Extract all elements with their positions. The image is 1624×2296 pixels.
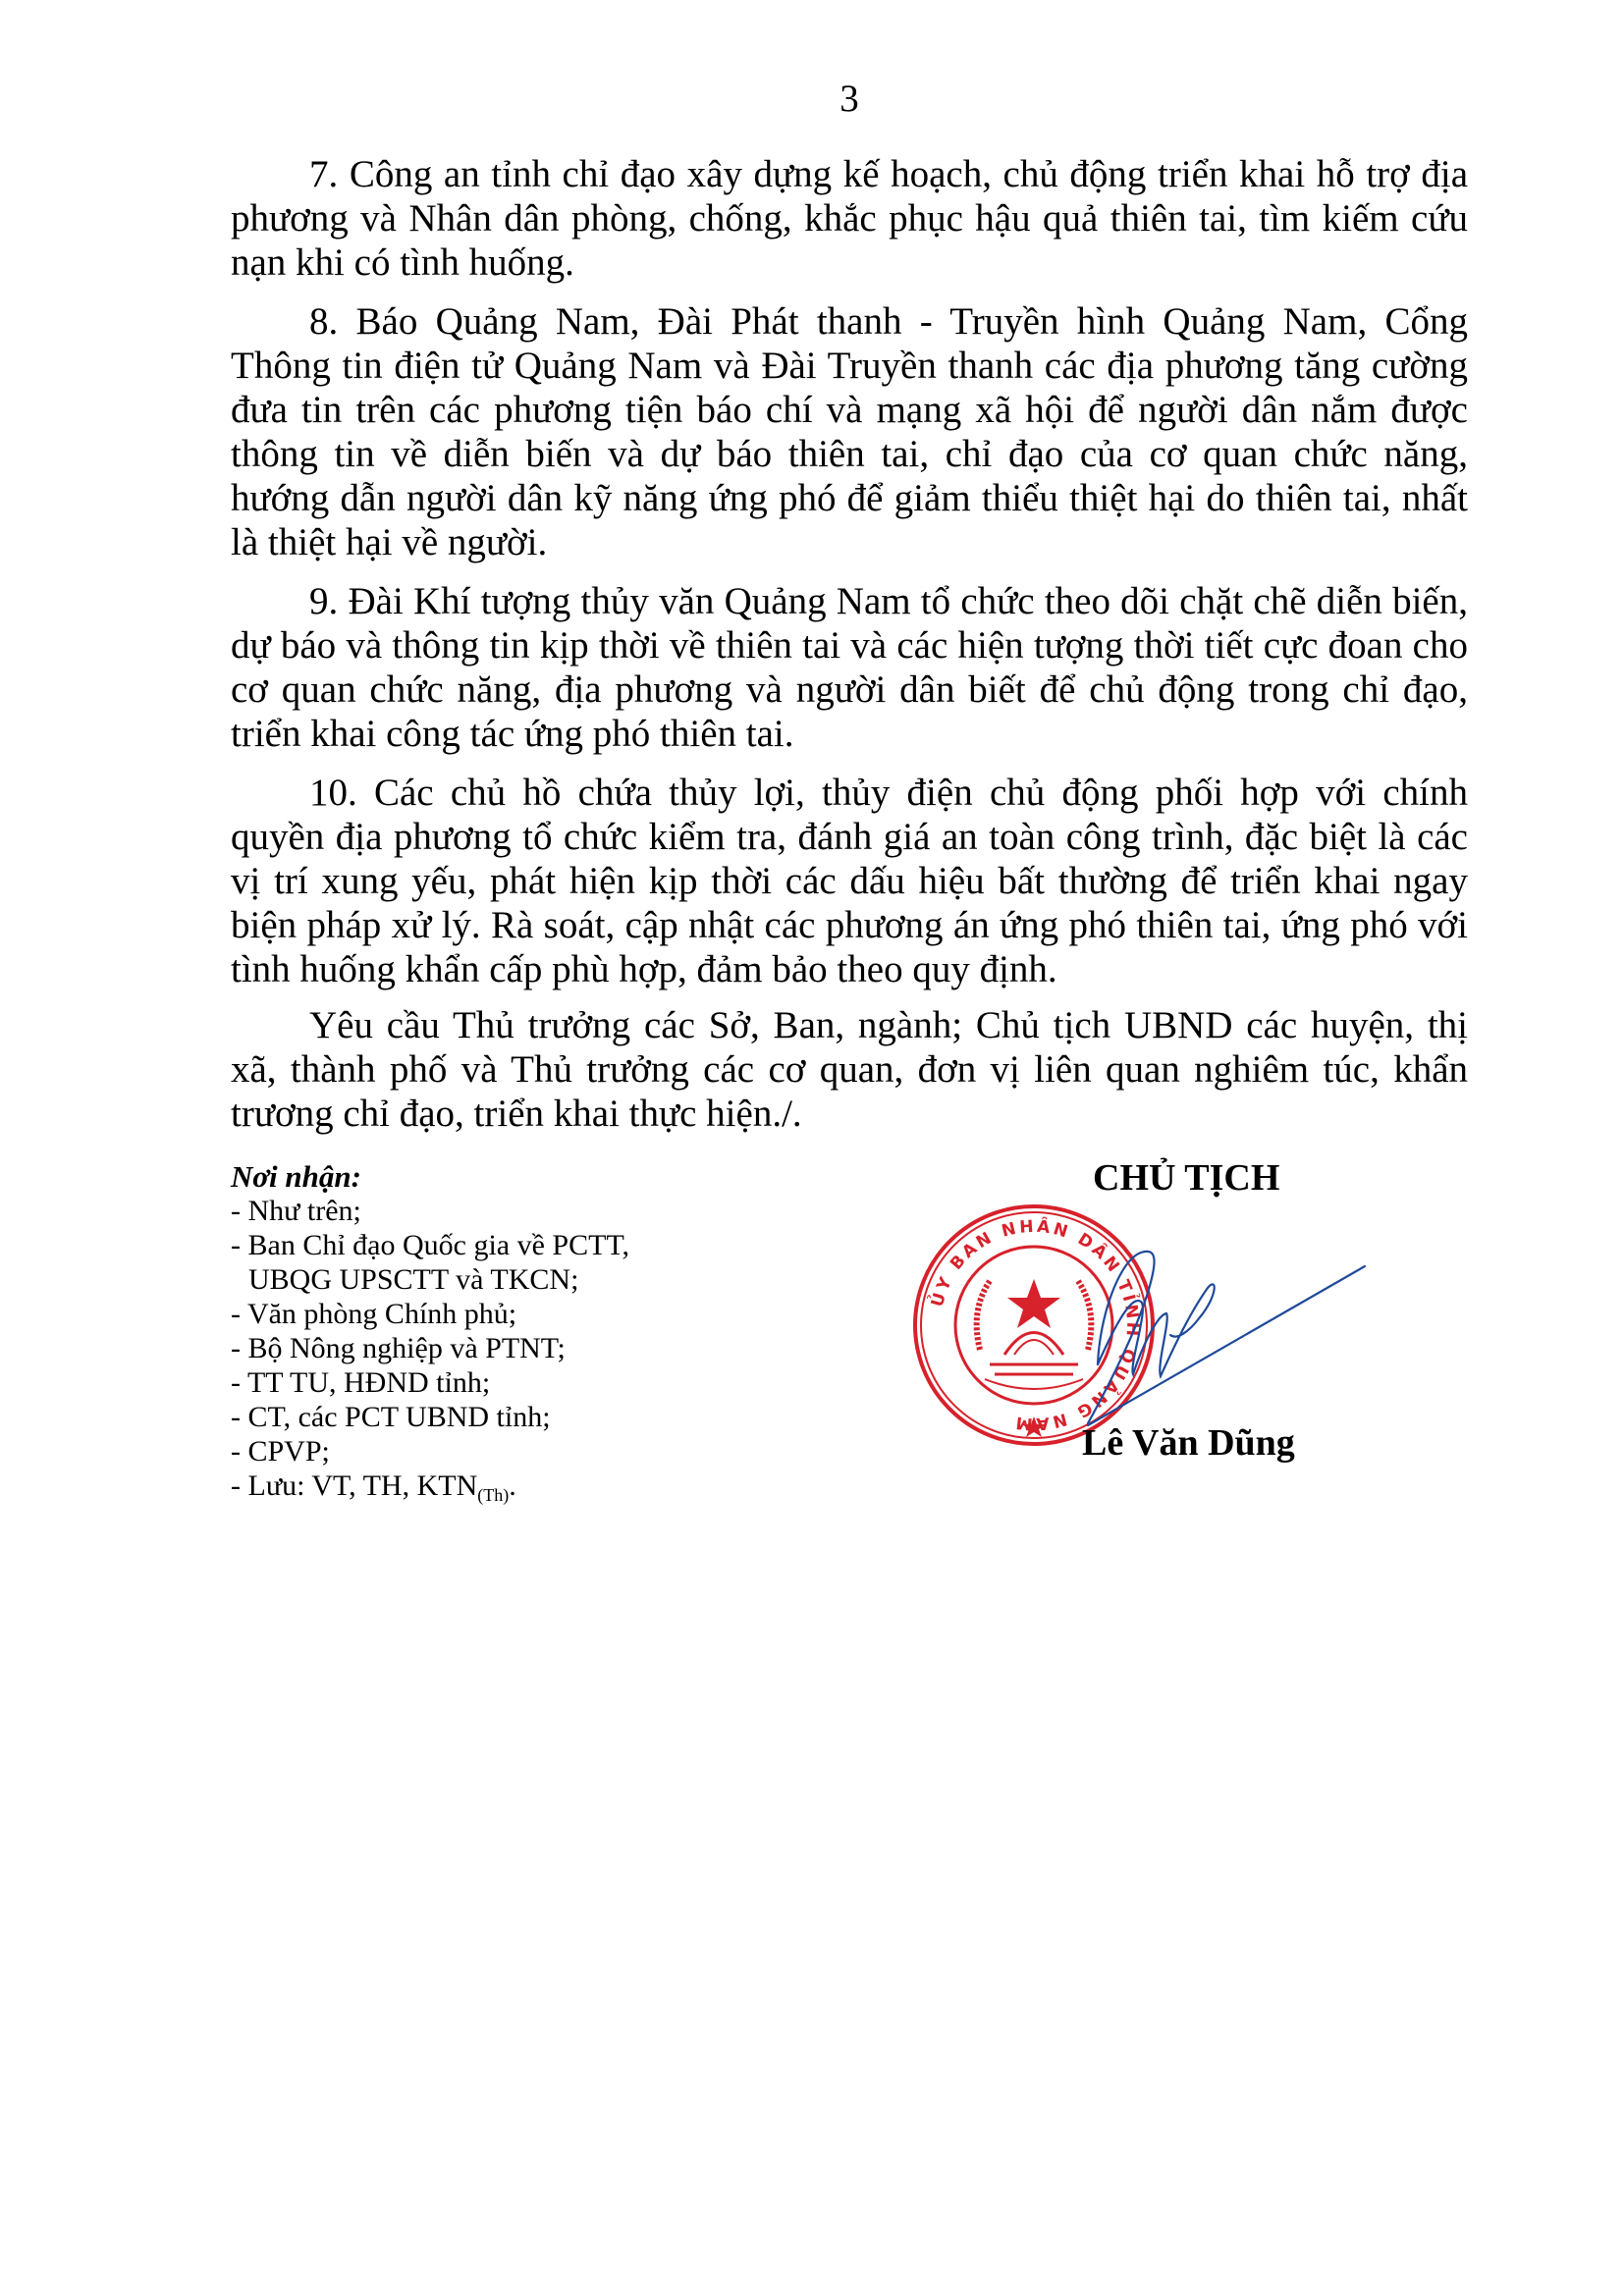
recipient-item-continuation: UBQG UPSCTT và TKCN; [231, 1262, 741, 1297]
archive-text: - Lưu: VT, TH, KTN [231, 1469, 477, 1502]
document-body: 7. Công an tỉnh chỉ đạo xây dựng kế hoạc… [231, 152, 1468, 1150]
signer-name: Lê Văn Dũng [1082, 1421, 1295, 1465]
recipient-item: - Bộ Nông nghiệp và PTNT; [231, 1331, 741, 1365]
paragraph-7: 7. Công an tỉnh chỉ đạo xây dựng kế hoạc… [231, 152, 1468, 285]
recipients-heading: Nơi nhận: [231, 1159, 741, 1194]
archive-suffix: . [509, 1469, 516, 1502]
recipient-item: - Văn phòng Chính phủ; [231, 1297, 741, 1331]
recipient-item-archive: - Lưu: VT, TH, KTN(Th). [231, 1468, 741, 1513]
signature-block: CHỦ TỊCH ỦY BAN NHÂN DÂN TỈNH QUẢNG NAM … [923, 1148, 1453, 1502]
paragraph-9: 9. Đài Khí tượng thủy văn Quảng Nam tổ c… [231, 579, 1468, 756]
page-number: 3 [0, 77, 1624, 121]
recipient-item: - Như trên; [231, 1194, 741, 1228]
signer-title: CHỦ TỊCH [1093, 1156, 1279, 1200]
official-seal-icon: ỦY BAN NHÂN DÂN TỈNH QUẢNG NAM [911, 1202, 1157, 1448]
recipient-item: - TT TU, HĐND tỉnh; [231, 1365, 741, 1400]
paragraph-10: 10. Các chủ hồ chứa thủy lợi, thủy điện … [231, 771, 1468, 991]
recipient-item: - CT, các PCT UBND tỉnh; [231, 1400, 741, 1434]
recipients-block: Nơi nhận: - Như trên; - Ban Chỉ đạo Quốc… [231, 1159, 741, 1513]
recipient-item: - Ban Chỉ đạo Quốc gia về PCTT, [231, 1228, 741, 1262]
archive-subscript: (Th) [477, 1485, 509, 1505]
recipient-item: - CPVP; [231, 1434, 741, 1468]
closing-paragraph: Yêu cầu Thủ trưởng các Sở, Ban, ngành; C… [231, 1003, 1468, 1136]
paragraph-8: 8. Báo Quảng Nam, Đài Phát thanh - Truyề… [231, 299, 1468, 564]
